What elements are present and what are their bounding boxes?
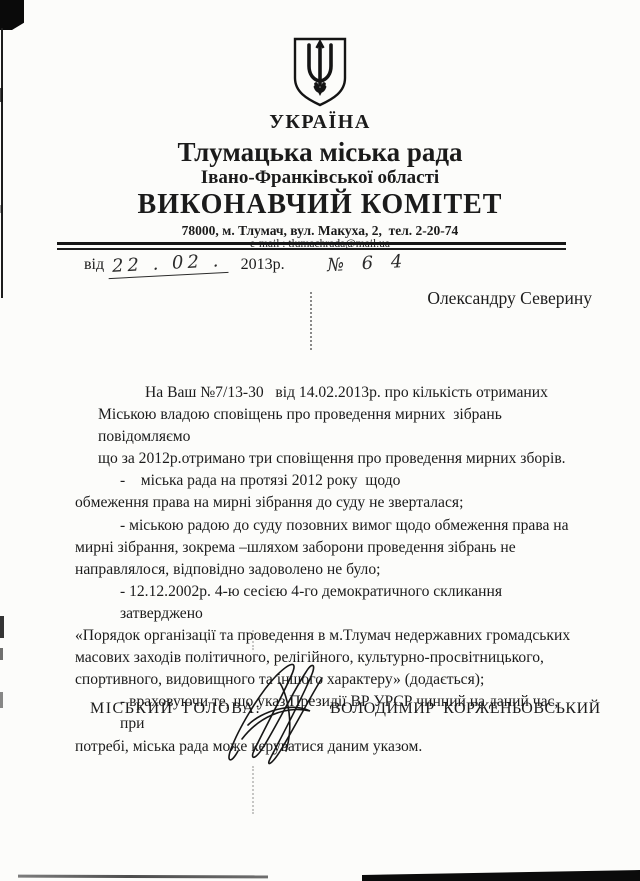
scanned-letter-page: УКРАЇНА Тлумацька міська рада Івано-Фран…: [0, 0, 640, 881]
body-line: Міською владою сповіщень про проведення …: [75, 404, 581, 448]
ref-year: 2013р.: [241, 256, 285, 273]
ref-date-handwritten: 22 . 02 .: [108, 250, 229, 279]
country-name: УКРАЇНА: [0, 111, 640, 134]
ref-number-handwritten: № 6 4: [326, 251, 408, 276]
body-line: «Порядок організації та проведення в м.Т…: [75, 625, 581, 647]
ref-prefix: від: [84, 256, 104, 273]
signature-autograph-icon: [222, 653, 344, 771]
scan-artifact-fold-line: [252, 766, 254, 814]
scan-artifact-corner: [0, 0, 24, 30]
scan-artifact-bottom-band: [362, 870, 640, 881]
scan-artifact-left-mark: [0, 616, 4, 638]
signatory-name: ВОЛОДИМИР КОРЖЕНЬОВСЬКИЙ: [330, 700, 601, 718]
org-name: Тлумацька міська рада: [0, 137, 640, 168]
body-line: - 12.12.2002р. 4-ю сесією 4-го демократи…: [75, 581, 581, 625]
ukraine-trident-emblem-icon: [289, 36, 351, 108]
reference-line: від 22 . 02 . 2013р. № 6 4: [84, 253, 408, 276]
letterhead: УКРАЇНА Тлумацька міська рада Івано-Фран…: [0, 36, 640, 250]
body-line: На Ваш №7/13-30 від 14.02.2013р. про кіл…: [75, 382, 581, 404]
scan-artifact-bottom-line: [18, 875, 268, 879]
body-line: обмеження права на мирні зібрання до суд…: [75, 492, 581, 514]
scan-artifact-left-mark: [0, 692, 3, 708]
org-address: 78000, м. Тлумач, вул. Макуха, 2, тел. 2…: [0, 223, 640, 239]
body-line: мирні зібрання, зокрема –шляхом заборони…: [75, 537, 581, 559]
org-committee: ВИКОНАВЧИЙ КОМІТЕТ: [0, 189, 640, 221]
recipient-name: Олександру Северину: [427, 288, 592, 309]
body-line: що за 2012р.отримано три сповіщення про …: [75, 448, 581, 470]
org-region: Івано-Франківської області: [0, 167, 640, 189]
body-line: - міською радою до суду позовних вимог щ…: [75, 515, 581, 537]
body-line: - міська рада на протязі 2012 року щодо: [75, 470, 581, 492]
scan-artifact-fold-line: [310, 292, 312, 350]
letterhead-divider-rule: [57, 242, 566, 250]
body-line: направлялося, відповідно задоволено не б…: [75, 559, 581, 581]
scan-artifact-left-mark: [0, 648, 3, 660]
